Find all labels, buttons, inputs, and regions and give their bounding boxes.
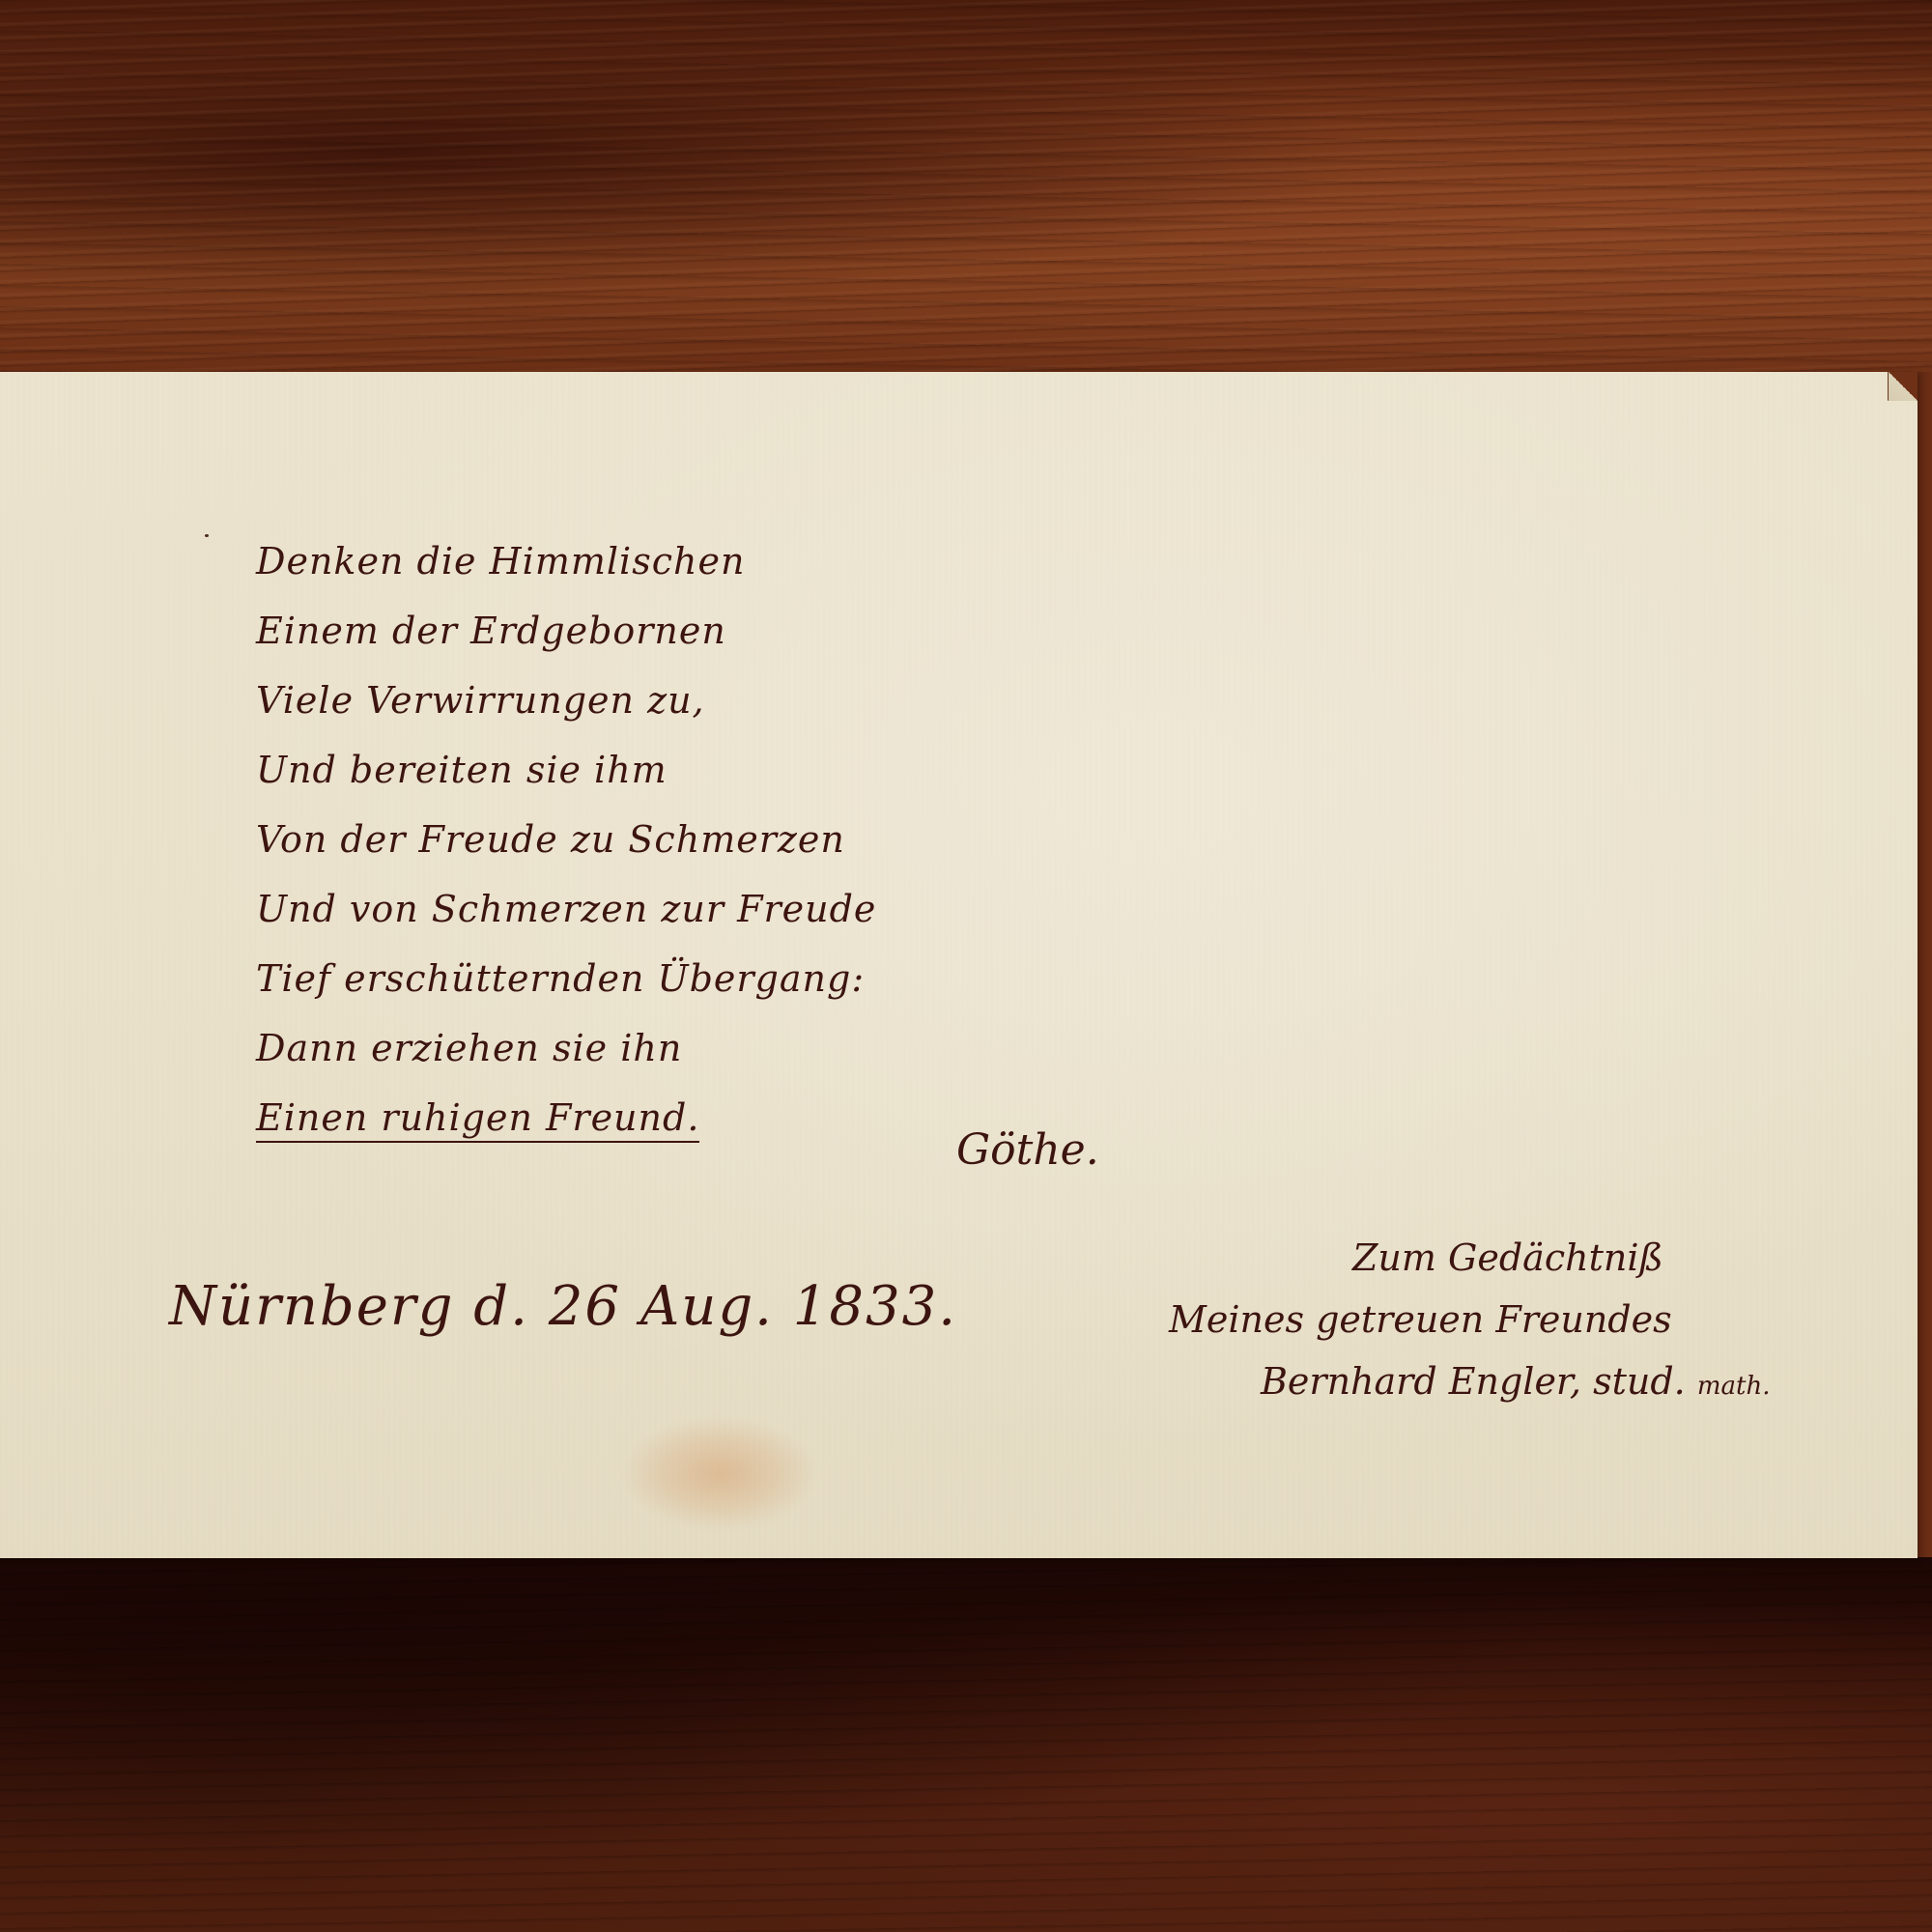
foxing-stain <box>628 1420 811 1526</box>
dedication: Zum Gedächtniß Meines getreuen Freundes … <box>1169 1227 1770 1417</box>
poem-line-7: Tief erschütternden Übergang: <box>256 944 876 1013</box>
poem-line-5: Von der Freude zu Schmerzen <box>256 805 876 874</box>
poem-line-4: Und bereiten sie ihm <box>256 735 876 805</box>
wooden-table-right-edge <box>1918 372 1932 1560</box>
wooden-table-bottom <box>0 1557 1932 1932</box>
folded-corner <box>1888 372 1918 401</box>
wooden-table-top <box>0 0 1932 377</box>
poem-line-9: Einen ruhigen Freund. <box>256 1083 876 1152</box>
poem-line-8: Dann erziehen sie ihn <box>256 1013 876 1083</box>
dedication-line-1: Zum Gedächtniß <box>1169 1227 1770 1289</box>
author-signature: Göthe. <box>956 1125 1099 1175</box>
underlined-final-line: Einen ruhigen Freund. <box>256 1096 699 1143</box>
album-leaf: Denken die Himmlischen Einem der Erdgebo… <box>0 372 1918 1558</box>
ink-dot <box>205 534 209 537</box>
poem-line-1: Denken die Himmlischen <box>256 526 876 596</box>
place-and-date: Nürnberg d. 26 Aug. 1833. <box>169 1275 957 1338</box>
poem-line-2: Einem der Erdgebornen <box>256 596 876 666</box>
dedication-line-3: Bernhard Engler, stud. math. <box>1169 1350 1770 1417</box>
dedication-subject: math. <box>1697 1372 1771 1401</box>
poem-line-6: Und von Schmerzen zur Freude <box>256 874 876 944</box>
dedication-line-2: Meines getreuen Freundes <box>1169 1289 1770 1350</box>
dedication-title: stud. <box>1593 1360 1686 1403</box>
dedication-name: Bernhard Engler, <box>1261 1360 1581 1403</box>
poem-line-3: Viele Verwirrungen zu, <box>256 666 876 735</box>
poem: Denken die Himmlischen Einem der Erdgebo… <box>256 526 876 1152</box>
